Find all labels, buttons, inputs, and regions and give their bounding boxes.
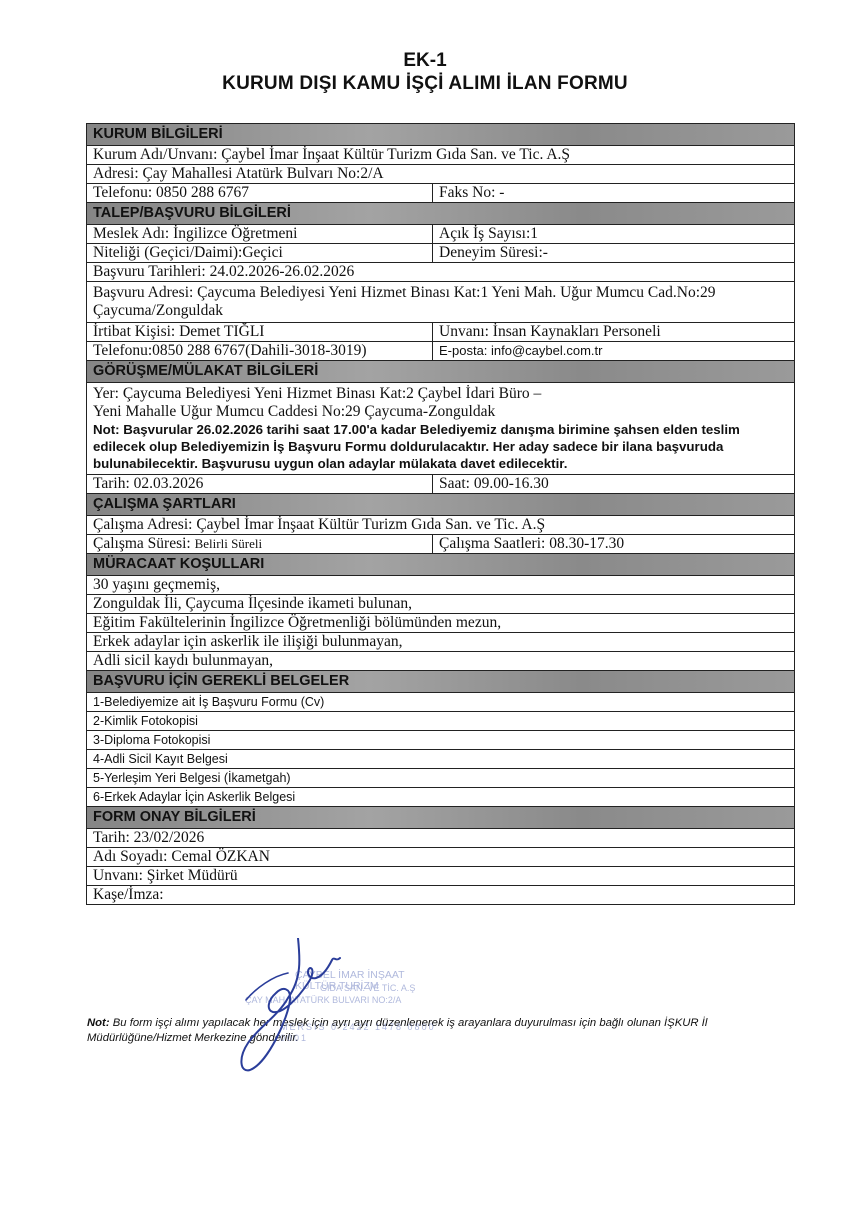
work-duration-label: Çalışma Süresi: <box>93 535 195 552</box>
condition-row: Erkek adaylar için askerlik ile ilişiği … <box>87 632 794 651</box>
application-dates: Başvuru Tarihleri: 24.02.2026-26.02.2026 <box>87 263 794 281</box>
section-title: KURUM BİLGİLERİ <box>87 124 794 145</box>
contact-title: Unvanı: İnsan Kaynakları Personeli <box>433 323 794 341</box>
document-row: 4-Adli Sicil Kayıt Belgesi <box>87 749 794 768</box>
footnote: Not: Bu form işçi alımı yapılacak her me… <box>87 1016 787 1046</box>
interview-details-row: Yer: Çaycuma Belediyesi Yeni Hizmet Bina… <box>87 382 794 474</box>
interview-place-line2: Yeni Mahalle Uğur Mumcu Caddesi No:29 Ça… <box>93 403 788 421</box>
work-duration-row: Çalışma Süresi: Belirli Süreli Çalışma S… <box>87 534 794 553</box>
condition-item: 30 yaşını geçmemiş, <box>87 576 794 594</box>
condition-row: Eğitim Fakültelerinin İngilizce Öğretmen… <box>87 613 794 632</box>
contact-row: İrtibat Kişisi: Demet TIĞLI Unvanı: İnsa… <box>87 322 794 341</box>
contact-person: İrtibat Kişisi: Demet TIĞLI <box>87 323 433 341</box>
section-title: GÖRÜŞME/MÜLAKAT BİLGİLERİ <box>87 361 794 382</box>
institution-name: Kurum Adı/Unvanı: Çaybel İmar İnşaat Kül… <box>87 146 794 164</box>
footnote-prefix: Not: <box>87 1017 110 1029</box>
document-header: EK-1 KURUM DIŞI KAMU İŞÇİ ALIMI İLAN FOR… <box>0 50 850 96</box>
application-address: Başvuru Adresi: Çaycuma Belediyesi Yeni … <box>87 282 794 322</box>
condition-row: Adli sicil kaydı bulunmayan, <box>87 651 794 670</box>
document-item: 3-Diploma Fotokopisi <box>87 731 794 749</box>
document-row: 6-Erkek Adaylar İçin Askerlik Belgesi <box>87 787 794 806</box>
condition-row: Zonguldak İli, Çaycuma İlçesinde ikameti… <box>87 594 794 613</box>
interview-time-row: Tarih: 02.03.2026 Saat: 09.00-16.30 <box>87 474 794 493</box>
section-kurum-bilgileri: KURUM BİLGİLERİ <box>87 123 794 145</box>
nature-row: Niteliği (Geçici/Daimi):Geçici Deneyim S… <box>87 243 794 262</box>
stamp-signature-label: Kaşe/İmza: <box>87 886 794 904</box>
section-title: BAŞVURU İÇİN GEREKLİ BELGELER <box>87 671 794 692</box>
approval-date: Tarih: 23/02/2026 <box>87 829 794 847</box>
document-item: 6-Erkek Adaylar İçin Askerlik Belgesi <box>87 788 794 806</box>
work-duration: Çalışma Süresi: Belirli Süreli <box>87 535 433 553</box>
approval-date-row: Tarih: 23/02/2026 <box>87 828 794 847</box>
approver-title-row: Unvanı: Şirket Müdürü <box>87 866 794 885</box>
interview-date: Tarih: 02.03.2026 <box>87 475 433 493</box>
annex-label: EK-1 <box>0 50 850 72</box>
condition-item: Eğitim Fakültelerinin İngilizce Öğretmen… <box>87 614 794 632</box>
document-item: 2-Kimlik Fotokopisi <box>87 712 794 730</box>
footnote-text: Bu form işçi alımı yapılacak her meslek … <box>87 1017 707 1044</box>
document-row: 2-Kimlik Fotokopisi <box>87 711 794 730</box>
section-form-onay: FORM ONAY BİLGİLERİ <box>87 806 794 828</box>
approver-name: Adı Soyadı: Cemal ÖZKAN <box>87 848 794 866</box>
job-row: Meslek Adı: İngilizce Öğretmeni Açık İş … <box>87 224 794 243</box>
contact-phone: Telefonu:0850 288 6767(Dahili-3018-3019) <box>87 342 433 360</box>
kurum-name-row: Kurum Adı/Unvanı: Çaybel İmar İnşaat Kül… <box>87 145 794 164</box>
condition-item: Zonguldak İli, Çaycuma İlçesinde ikameti… <box>87 595 794 613</box>
section-gorusme-mulakat: GÖRÜŞME/MÜLAKAT BİLGİLERİ <box>87 360 794 382</box>
job-posting-form: KURUM BİLGİLERİ Kurum Adı/Unvanı: Çaybel… <box>86 123 795 905</box>
dates-row: Başvuru Tarihleri: 24.02.2026-26.02.2026 <box>87 262 794 281</box>
stamp-line3: ÇAY MAH. ATATÜRK BULVARI NO:2/A <box>245 995 401 1006</box>
condition-row: 30 yaşını geçmemiş, <box>87 575 794 594</box>
application-address-row: Başvuru Adresi: Çaycuma Belediyesi Yeni … <box>87 281 794 322</box>
institution-phone: Telefonu: 0850 288 6767 <box>87 184 433 202</box>
signature-icon <box>228 938 368 1078</box>
work-address-row: Çalışma Adresi: Çaybel İmar İnşaat Kültü… <box>87 515 794 534</box>
section-title: FORM ONAY BİLGİLERİ <box>87 807 794 828</box>
job-name: Meslek Adı: İngilizce Öğretmeni <box>87 225 433 243</box>
work-hours: Çalışma Saatleri: 08.30-17.30 <box>433 535 794 553</box>
document-row: 3-Diploma Fotokopisi <box>87 730 794 749</box>
section-title: ÇALIŞMA ŞARTLARI <box>87 494 794 515</box>
email-text: E-posta: info@caybel.com.tr <box>439 343 602 358</box>
document-row: 1-Belediyemize ait İş Başvuru Formu (Cv) <box>87 692 794 711</box>
contact-email: E-posta: info@caybel.com.tr <box>433 342 794 360</box>
document-item: 1-Belediyemize ait İş Başvuru Formu (Cv) <box>87 693 794 711</box>
stamp-signature-row: Kaşe/İmza: <box>87 885 794 904</box>
interview-hours: Saat: 09.00-16.30 <box>433 475 794 493</box>
document-title: KURUM DIŞI KAMU İŞÇİ ALIMI İLAN FORMU <box>0 72 850 96</box>
section-gerekli-belgeler: BAŞVURU İÇİN GEREKLİ BELGELER <box>87 670 794 692</box>
condition-item: Erkek adaylar için askerlik ile ilişiği … <box>87 633 794 651</box>
section-calisma-sartlari: ÇALIŞMA ŞARTLARI <box>87 493 794 515</box>
stamp-line2: GIDA SAN. VE TİC. A.Ş <box>320 983 415 994</box>
approver-name-row: Adı Soyadı: Cemal ÖZKAN <box>87 847 794 866</box>
condition-item: Adli sicil kaydı bulunmayan, <box>87 652 794 670</box>
interview-note: Not: Başvurular 26.02.2026 tarihi saat 1… <box>93 421 788 472</box>
job-nature: Niteliği (Geçici/Daimi):Geçici <box>87 244 433 262</box>
document-row: 5-Yerleşim Yeri Belgesi (İkametgah) <box>87 768 794 787</box>
kurum-address-row: Adresi: Çay Mahallesi Atatürk Bulvarı No… <box>87 164 794 183</box>
interview-place-line1: Yer: Çaycuma Belediyesi Yeni Hizmet Bina… <box>93 385 788 403</box>
section-title: TALEP/BAŞVURU BİLGİLERİ <box>87 203 794 224</box>
work-address: Çalışma Adresi: Çaybel İmar İnşaat Kültü… <box>87 516 794 534</box>
document-item: 4-Adli Sicil Kayıt Belgesi <box>87 750 794 768</box>
stamp-line1: ÇAYBEL İMAR İNŞAAT KÜLTÜR TURİZM <box>295 970 440 992</box>
institution-address: Adresi: Çay Mahallesi Atatürk Bulvarı No… <box>87 165 794 183</box>
open-positions: Açık İş Sayısı:1 <box>433 225 794 243</box>
institution-fax: Faks No: - <box>433 184 794 202</box>
document-item: 5-Yerleşim Yeri Belgesi (İkametgah) <box>87 769 794 787</box>
experience: Deneyim Süresi:- <box>433 244 794 262</box>
approver-title: Unvanı: Şirket Müdürü <box>87 867 794 885</box>
section-title: MÜRACAAT KOŞULLARI <box>87 554 794 575</box>
section-talep-basvuru: TALEP/BAŞVURU BİLGİLERİ <box>87 202 794 224</box>
contact-phone-row: Telefonu:0850 288 6767(Dahili-3018-3019)… <box>87 341 794 360</box>
kurum-phone-row: Telefonu: 0850 288 6767 Faks No: - <box>87 183 794 202</box>
work-duration-value: Belirli Süreli <box>195 536 263 551</box>
section-muracaat-kosullari: MÜRACAAT KOŞULLARI <box>87 553 794 575</box>
interview-details: Yer: Çaycuma Belediyesi Yeni Hizmet Bina… <box>87 383 794 474</box>
